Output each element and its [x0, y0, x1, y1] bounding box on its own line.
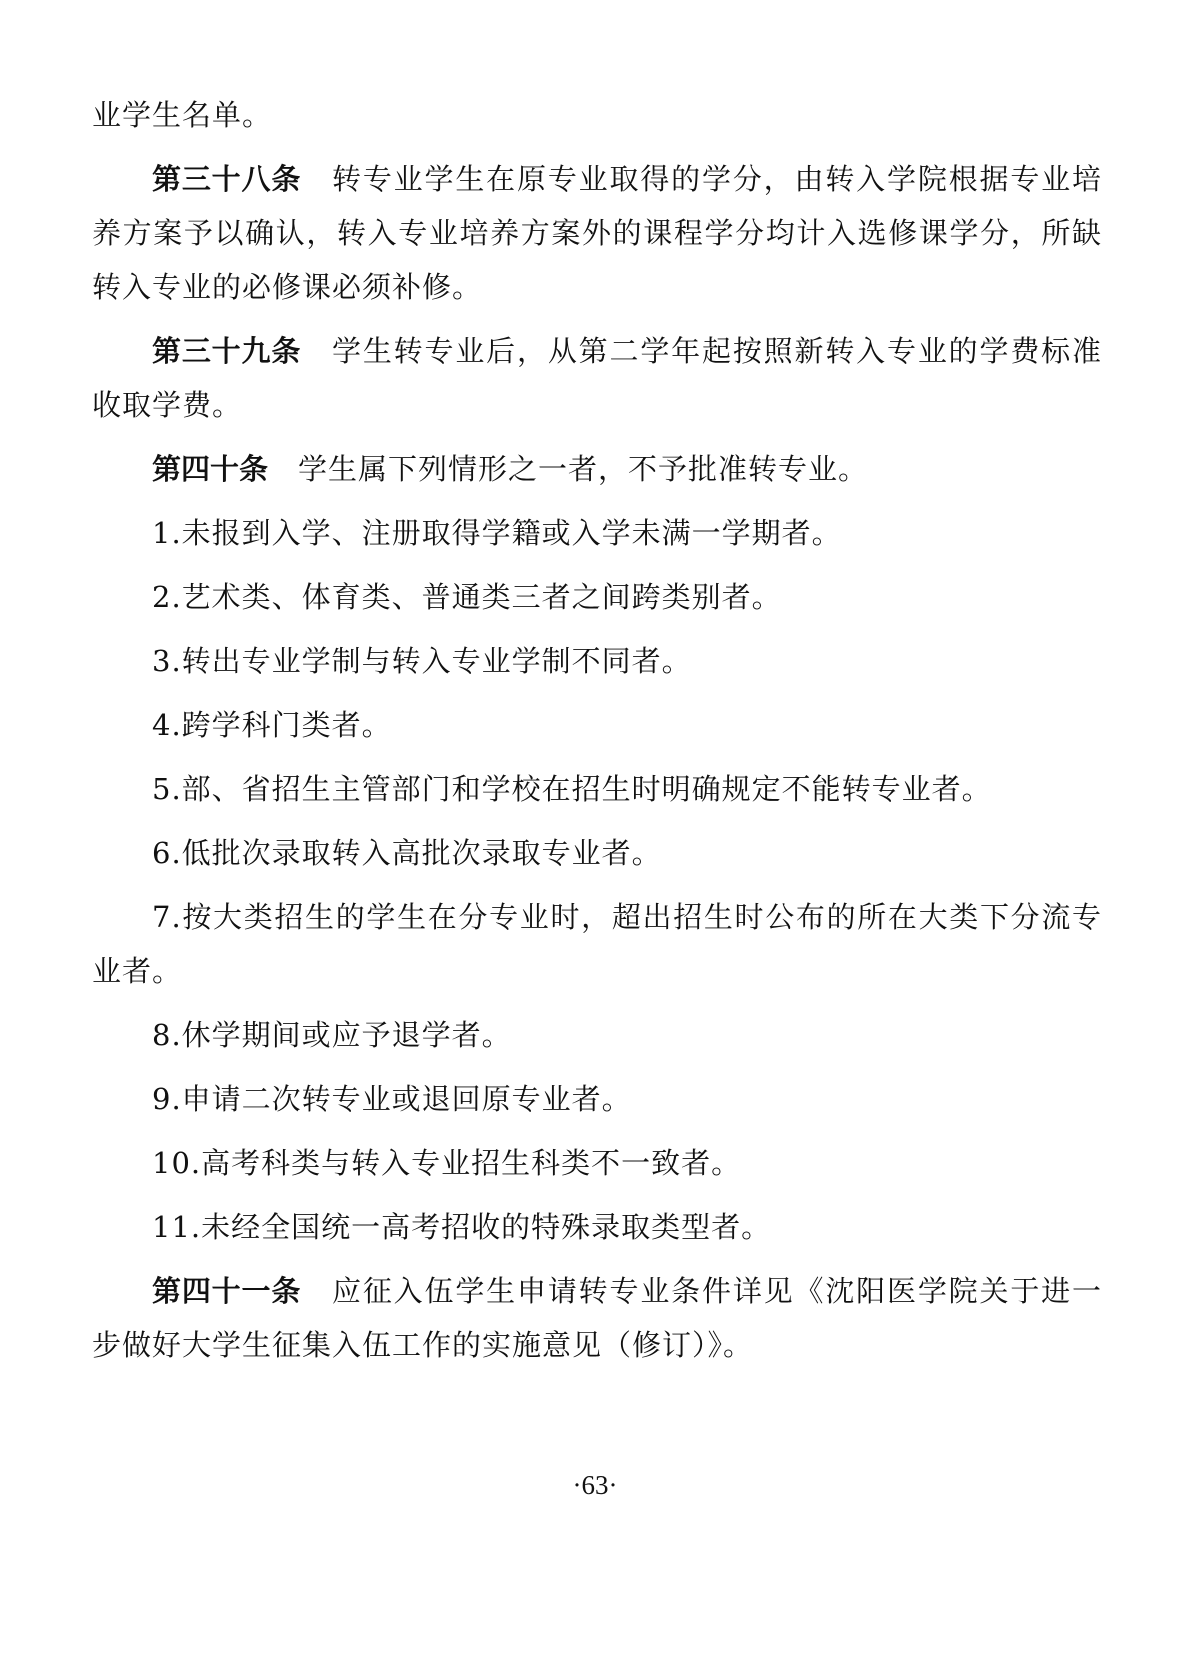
list-item-8: 8.休学期间或应予退学者。 — [92, 1008, 1102, 1062]
document-page: 业学生名单。 第三十八条转专业学生在原专业取得的学分，由转入学院根据专业培养方案… — [92, 88, 1102, 1372]
list-item-2: 2.艺术类、体育类、普通类三者之间跨类别者。 — [92, 570, 1102, 624]
article-text: 学生属下列情形之一者，不予批准转专业。 — [298, 452, 868, 486]
list-item-10: 10.高考科类与转入专业招生科类不一致者。 — [92, 1136, 1102, 1190]
article-heading: 第四十一条 — [152, 1274, 301, 1308]
list-item-5: 5.部、省招生主管部门和学校在招生时明确规定不能转专业者。 — [92, 762, 1102, 816]
article-41: 第四十一条应征入伍学生申请转专业条件详见《沈阳医学院关于进一步做好大学生征集入伍… — [92, 1264, 1102, 1372]
page-number: ·63· — [0, 1470, 1190, 1501]
list-item-3: 3.转出专业学制与转入专业学制不同者。 — [92, 634, 1102, 688]
article-40: 第四十条学生属下列情形之一者，不予批准转专业。 — [92, 442, 1102, 496]
continuation-paragraph: 业学生名单。 — [92, 88, 1102, 142]
article-heading: 第三十八条 — [152, 162, 301, 196]
article-heading: 第四十条 — [152, 452, 268, 486]
list-item-1: 1.未报到入学、注册取得学籍或入学未满一学期者。 — [92, 506, 1102, 560]
article-heading: 第三十九条 — [152, 334, 301, 368]
list-item-6: 6.低批次录取转入高批次录取专业者。 — [92, 826, 1102, 880]
article-38: 第三十八条转专业学生在原专业取得的学分，由转入学院根据专业培养方案予以确认，转入… — [92, 152, 1102, 314]
list-item-11: 11.未经全国统一高考招收的特殊录取类型者。 — [92, 1200, 1102, 1254]
article-39: 第三十九条学生转专业后，从第二学年起按照新转入专业的学费标准收取学费。 — [92, 324, 1102, 432]
list-item-9: 9.申请二次转专业或退回原专业者。 — [92, 1072, 1102, 1126]
list-item-7: 7.按大类招生的学生在分专业时，超出招生时公布的所在大类下分流专业者。 — [92, 890, 1102, 998]
list-item-4: 4.跨学科门类者。 — [92, 698, 1102, 752]
